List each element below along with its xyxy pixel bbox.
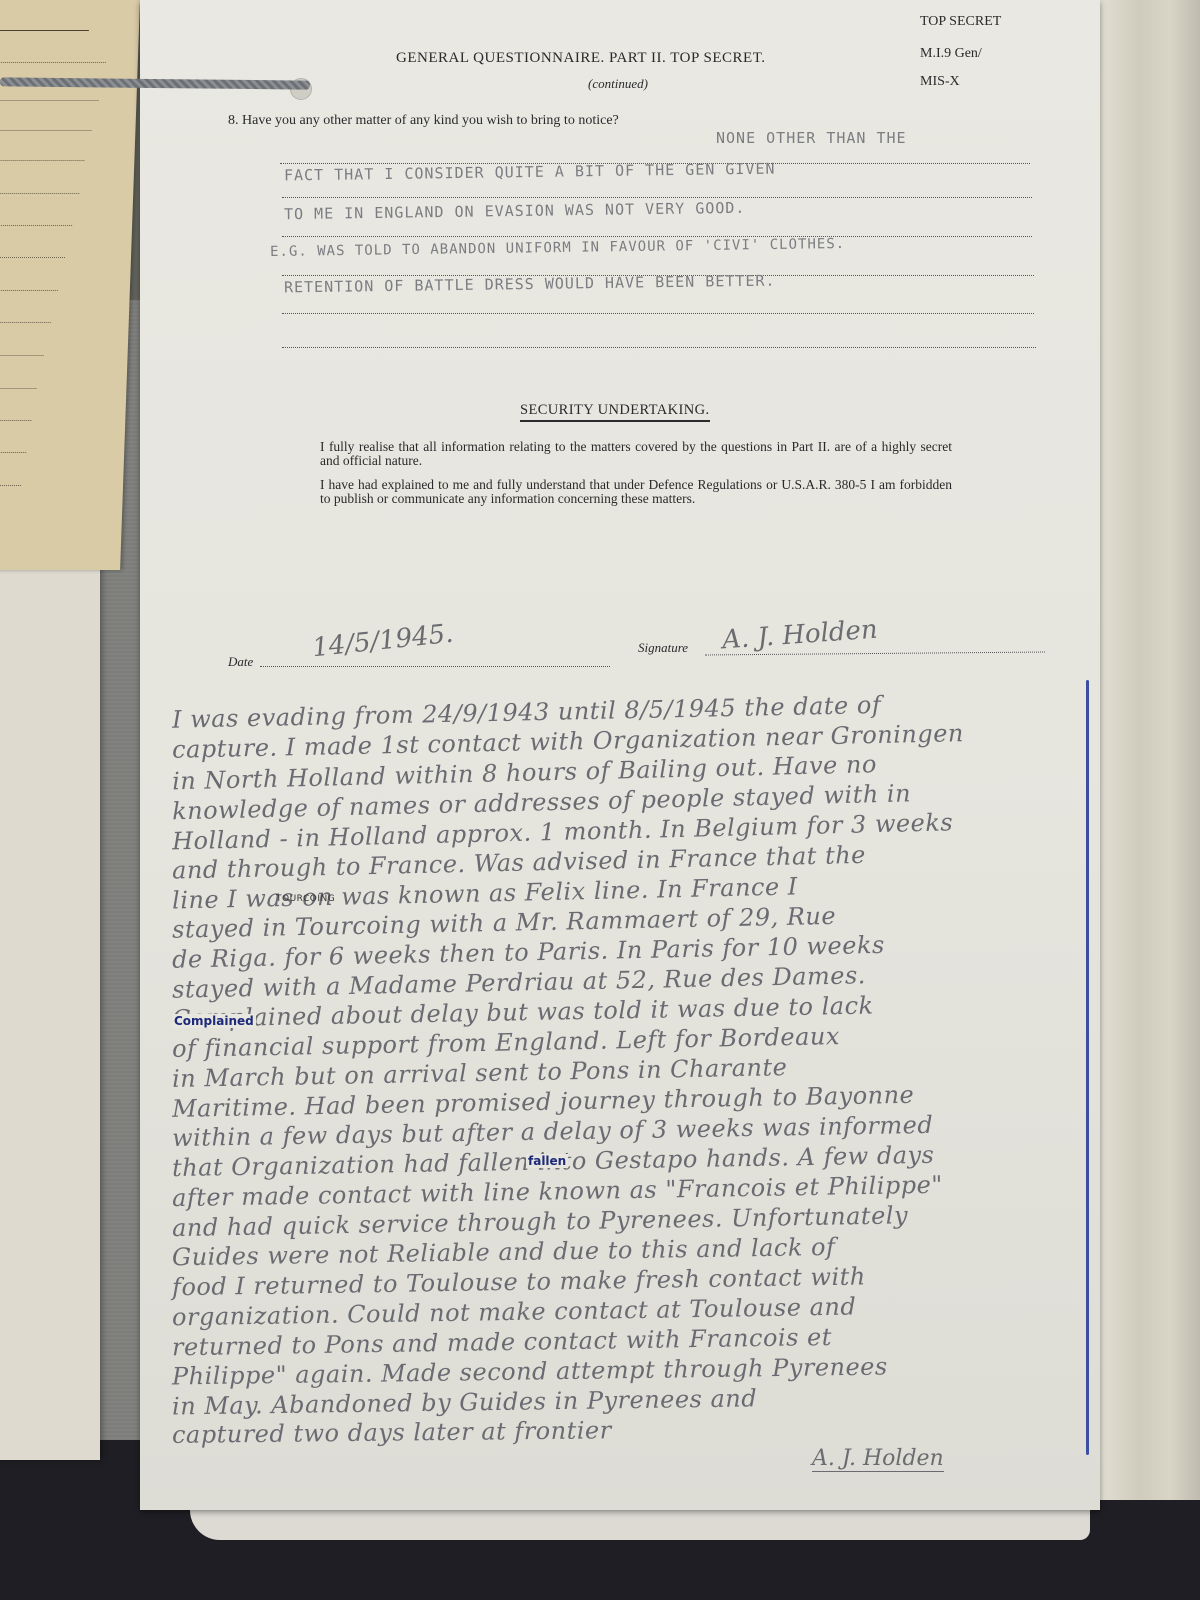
annotation-fallen: fallen <box>526 1154 568 1168</box>
underlying-sheet-left <box>0 560 100 1460</box>
reference-line-1: M.I.9 Gen/ <box>920 46 982 62</box>
answer-line <box>282 236 1032 237</box>
annotation-tourcoing: TOURCOING <box>276 894 335 904</box>
question-8-label: 8. Have you any other matter of any kind… <box>228 113 619 129</box>
security-undertaking-title: SECURITY UNDERTAKING. <box>520 402 710 422</box>
security-paragraph-1: I fully realise that all information rel… <box>320 440 952 468</box>
answer-line <box>282 197 1032 198</box>
form-title: GENERAL QUESTIONNAIRE. PART II. TOP SECR… <box>396 50 766 67</box>
signature-label: Signature <box>638 640 688 656</box>
classification-stamp: TOP SECRET <box>920 14 1001 30</box>
reference-line-2: MIS-X <box>920 74 960 90</box>
security-paragraph-2: I have had explained to me and fully und… <box>320 478 952 506</box>
answer-line <box>282 313 1034 314</box>
answer-line <box>282 347 1036 348</box>
closing-signature: A. J. Holden <box>812 1446 944 1472</box>
date-line <box>260 666 610 667</box>
answer-text-line-1: NONE OTHER THAN THE <box>716 129 907 147</box>
form-subtitle: (continued) <box>588 76 648 92</box>
paper-stack-right <box>1100 0 1200 1500</box>
annotation-complained: Complained <box>172 1014 256 1028</box>
date-label: Date <box>228 654 253 670</box>
